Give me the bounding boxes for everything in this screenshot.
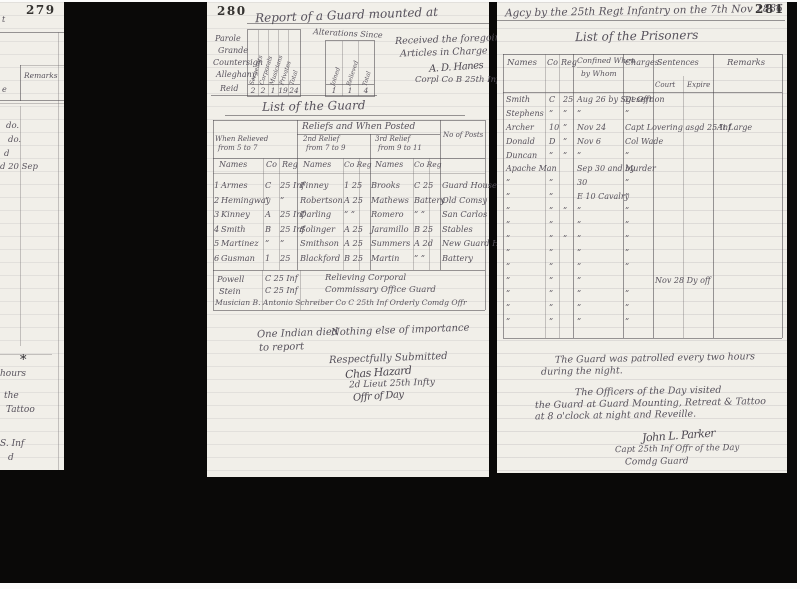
prisoner-confined: Nov 6 [577, 138, 601, 146]
prisoner-co: ” [549, 318, 553, 326]
prisoner-co: ” [549, 277, 553, 285]
subheader-reg: Reg [282, 161, 298, 169]
prisoner-name: ” [506, 290, 510, 298]
relief-header: 2nd Relief [303, 136, 339, 143]
prisoner-row: Apache Man Sep 30 and by Murder [503, 165, 783, 179]
rule-line [20, 65, 64, 66]
prisoner-header-sentences: Sentences [657, 59, 699, 67]
prisoner-name: ” [506, 193, 510, 201]
officer-rank: 2d Lieut 25th Infty [349, 379, 435, 391]
guard-co-reg-2: 1 25 [344, 181, 362, 189]
prisoner-reg: ” [563, 124, 567, 132]
guard-co-reg-2: ” ” [344, 210, 355, 218]
guard-remark: Battery [442, 254, 473, 262]
strength-value: 2 [248, 87, 258, 95]
guard-remark: Stables [442, 225, 473, 233]
prisoner-confined: ” [577, 221, 581, 229]
prisoner-header-names: Names [507, 59, 537, 68]
patrol-note-line: The Guard was patrolled every two hours [555, 352, 755, 365]
subheader-co-reg: Co Reg [414, 161, 442, 169]
guard-name-2: Blackford [300, 254, 340, 262]
page-number-280: 280 [217, 5, 247, 17]
officer-of-day-line: Offr of Day [353, 390, 404, 404]
guard-name-2: Smithson [300, 239, 339, 247]
prisoner-row: ” ” ” ” [503, 221, 783, 235]
officer-visit-line: The Officers of the Day visited [575, 386, 722, 398]
prisoner-row: ” ” ” ” [503, 249, 783, 263]
relief-header: from 9 to 11 [378, 145, 422, 152]
prisoner-reg: ” [563, 152, 567, 160]
prisoner-row: ” ” ” ” [503, 318, 783, 332]
text-fragment: d [8, 454, 14, 463]
microfilm-background: 279 t Remarks e do. do. d d 20 Sep * hou… [0, 2, 797, 583]
prisoner-reg: ” [563, 138, 567, 146]
prisoner-name: ” [506, 318, 510, 326]
subheader-names: Names [375, 161, 403, 169]
guard-co-1: ” [265, 196, 269, 204]
when-relieved-header: from 5 to 7 [218, 145, 257, 152]
patrol-note-line: during the night. [541, 366, 623, 377]
guard-co-reg-3: ” ” [414, 210, 425, 218]
row-number: 3 [214, 210, 219, 218]
prisoner-name: ” [506, 207, 510, 215]
detail-label: Grande [218, 47, 248, 55]
receipt-signature-title: Corpl Co B 25th Inf [415, 76, 499, 85]
table-rule [213, 270, 485, 271]
guard-co-1: A [265, 210, 271, 218]
prisoner-co: ” [549, 290, 553, 298]
prisoner-header-remarks: Remarks [727, 59, 765, 68]
prisoner-confined: ” [577, 110, 581, 118]
prisoner-header-co: Co [547, 59, 558, 67]
guard-co-1: 1 [265, 254, 270, 262]
alterations-title: Alterations Since [313, 28, 383, 40]
alterations-value: 1 [342, 87, 358, 95]
when-relieved-header: When Relieved [215, 136, 268, 143]
prisoner-charge: Desertion [625, 96, 665, 104]
prisoner-confined: ” [577, 290, 581, 298]
relief-header: 3rd Relief [375, 136, 410, 143]
prisoner-confined: ” [577, 263, 581, 271]
detail-label: Parole [215, 35, 241, 43]
prisoner-header-court: Court [655, 82, 675, 89]
text-fragment: hours [0, 370, 26, 379]
prisoner-name: ” [506, 221, 510, 229]
prisoner-co: C [549, 96, 555, 104]
prisoner-charge: ” [625, 221, 629, 229]
prisoner-row: ” ” 30 ” [503, 179, 783, 193]
note-line: to report [259, 342, 304, 354]
prisoner-reg: ” [563, 207, 567, 215]
text-fragment: the [4, 392, 19, 401]
prisoner-co: ” [549, 304, 553, 312]
guard-co-1: ” [265, 239, 269, 247]
guard-co-reg-3: A 2d [414, 239, 433, 247]
table-rule [213, 310, 485, 311]
margin-fragment: e [2, 86, 7, 94]
prisoner-header-reg: Reg [561, 59, 577, 67]
guard-co-reg-2: A 25 [344, 225, 363, 233]
guard-remark: San Carlos [442, 210, 487, 218]
prisoner-confined: ” [577, 152, 581, 160]
guard-name-1: Armes [221, 181, 248, 189]
prisoner-co: D [549, 138, 555, 146]
prisoner-co: ” [549, 179, 553, 187]
guard-list-title: List of the Guard [262, 99, 366, 113]
rule-line [0, 32, 64, 33]
prisoner-row: Donald D ” Nov 6 Col Wade [503, 138, 783, 152]
reliefs-banner: Reliefs and When Posted [302, 123, 415, 132]
guard-co-1: C [265, 181, 271, 189]
header-underline [497, 20, 785, 21]
special-duty-role: Relieving Corporal [325, 274, 406, 283]
prisoner-name: Apache Man [506, 165, 557, 173]
text-fragment: Tattoo [6, 406, 35, 415]
prisoner-charge: Murder [625, 165, 656, 173]
prisoner-name: ” [506, 249, 510, 257]
submitted-line: Respectfully Submitted [329, 352, 448, 366]
guard-name-2: Darling [300, 210, 331, 218]
prisoner-co: ” [549, 249, 553, 257]
prisoner-charge: Capt Lovering asgd 25 Inf [625, 124, 731, 132]
guard-name-1: Smith [221, 225, 246, 233]
officer-visit-line: at 8 o'clock at night and Reveille. [535, 410, 696, 422]
strength-value: 19 [278, 87, 288, 95]
guard-co-1: B [265, 225, 271, 233]
prisoner-charge: ” [625, 235, 629, 243]
guard-co-reg-3: Battery [414, 196, 445, 204]
prisoner-name: ” [506, 277, 510, 285]
rule-line [20, 65, 21, 101]
row-number: 5 [214, 239, 219, 247]
text-fragment: S. Inf [0, 440, 24, 449]
page-number-279: 279 [26, 4, 56, 16]
row-number: 1 [214, 181, 219, 189]
prisoner-co: ” [549, 221, 553, 229]
strength-value: 24 [288, 87, 300, 95]
subheader-names: Names [303, 161, 331, 169]
subheader-names: Names [219, 161, 247, 169]
guard-name-3: Jaramillo [371, 225, 409, 233]
prisoner-name: Donald [506, 138, 535, 146]
prisoner-row: Smith C 25 Aug 26 by Sgt Offr Desertion [503, 96, 783, 110]
strength-columns-box: Sergeants Corporals Musicians Privates T… [247, 29, 301, 97]
guard-name-1: Martinez [221, 239, 259, 247]
remarks-column-header: Remarks [24, 72, 58, 80]
special-duty-name: Stein [219, 287, 241, 295]
guard-name-3: Summers [371, 239, 410, 247]
scanned-ledger-spread: { "palette": {"film":"#0a0908","paper":"… [0, 0, 800, 589]
alterations-box: Joined Relieved Total 1 1 4 [325, 40, 375, 97]
prisoner-co: ” [549, 152, 553, 160]
prisoner-row: ” ” ” ” [503, 263, 783, 277]
alterations-value: 4 [358, 87, 374, 95]
rule-line [0, 100, 64, 101]
guard-name-3: Brooks [371, 181, 400, 189]
guard-name-2: Solinger [300, 225, 335, 233]
title-underline [225, 115, 465, 116]
prisoner-confined: ” [577, 304, 581, 312]
guard-name-1: Hemingway [221, 196, 270, 204]
guard-co-reg-2: A 25 [344, 239, 363, 247]
prisoner-confined: ” [577, 207, 581, 215]
note-line: One Indian died [257, 328, 339, 341]
prisoner-charge: ” [625, 304, 629, 312]
guard-co-reg-3: C 25 [414, 181, 433, 189]
prisoner-reg: ” [563, 235, 567, 243]
prisoner-charge: ” [625, 290, 629, 298]
rule-line [577, 67, 623, 68]
prisoner-row: ” ” ” Nov 28 Dy off [503, 277, 783, 291]
rule-line [211, 95, 377, 96]
prisoner-row: Duncan ” ” ” ” [503, 152, 783, 166]
prisoner-charge: ” [625, 179, 629, 187]
guard-remark: Old Comsy [442, 196, 487, 204]
prisoner-row: ” ” ” ” ” [503, 207, 783, 221]
prisoner-charge: ” [625, 207, 629, 215]
special-duty-unit: C 25 Inf [265, 287, 298, 295]
prisoner-co: ” [549, 235, 553, 243]
report-header-script-continued: Agcy by the 25th Regt Infantry on the 7t… [505, 4, 783, 19]
guard-co-reg-3: ” ” [414, 254, 425, 262]
prisoner-reg: ” [563, 110, 567, 118]
receipt-line: Received the foregoing [395, 33, 507, 46]
prisoner-charge: ” [625, 318, 629, 326]
header-underline [247, 23, 489, 24]
prisoner-charge: ” [625, 193, 629, 201]
page-279: 279 t Remarks e do. do. d d 20 Sep * hou… [0, 2, 64, 470]
table-rule [503, 338, 782, 339]
rule-line [0, 103, 64, 104]
prisoner-name: Duncan [506, 152, 537, 160]
guard-roster-rows: 1 Armes C 25 Inf Finney 1 25 Brooks C 25… [213, 181, 485, 269]
guard-co-reg-2: A 25 [344, 196, 363, 204]
prisoner-confined: ” [577, 277, 581, 285]
strength-value: 2 [258, 87, 268, 95]
prisoner-co: ” [549, 263, 553, 271]
guard-reg-1: 25 [280, 254, 290, 262]
ink-blot: * [20, 354, 27, 367]
prisoner-name: ” [506, 263, 510, 271]
prisoner-name: ” [506, 179, 510, 187]
date-fragment: d 20 Sep [0, 163, 38, 172]
table-rule [213, 158, 485, 159]
rule-line [20, 106, 21, 346]
rule-line [58, 32, 59, 470]
prisoner-charge: Col Wade [625, 138, 663, 146]
row-number: 4 [214, 225, 219, 233]
guard-co-reg-3: B 25 [414, 225, 433, 233]
row-number: 2 [214, 196, 219, 204]
prisoner-charge: ” [625, 249, 629, 257]
subheader-co: Co [266, 161, 277, 169]
alterations-value: 1 [326, 87, 342, 95]
prisoner-charge: ” [625, 152, 629, 160]
strength-value: 1 [268, 87, 278, 95]
guard-name-1: Gusman [221, 254, 255, 262]
prisoner-header-bywhom: by Whom [581, 70, 617, 78]
page-280: 280 Report of a Guard mounted at Parole … [207, 2, 489, 477]
prisoner-remark: At Large [717, 124, 752, 132]
guard-name-2: Robertson [300, 196, 343, 204]
guard-name-3: Mathews [371, 196, 409, 204]
prisoner-name: Smith [506, 96, 530, 104]
prisoner-confined: ” [577, 318, 581, 326]
guard-row: 4 Smith B 25 Inf Solinger A 25 Jaramillo… [213, 225, 485, 240]
prisoner-row: ” ” ” ” [503, 290, 783, 304]
prisoner-confined: ” [577, 249, 581, 257]
ditto-fragment: do. [6, 122, 19, 131]
prisoner-confined: E 10 Cavalry [577, 193, 629, 201]
prisoner-name: ” [506, 235, 510, 243]
prisoners-list-title: List of the Prisoners [575, 29, 699, 43]
relief-header: from 7 to 9 [306, 145, 345, 152]
guard-name-3: Romero [371, 210, 404, 218]
receipt-signature: A. D. Hanes [429, 61, 484, 75]
guard-row: 3 Kinney A 25 Inf Darling ” ” Romero ” ”… [213, 210, 485, 225]
table-rule [213, 120, 485, 121]
prisoner-court: Nov 28 Dy off [655, 277, 711, 285]
prisoner-reg: 25 [563, 96, 573, 104]
receipt-line: Articles in Charge [400, 46, 488, 59]
margin-fragment: t [2, 16, 5, 24]
special-duty-role: Commissary Office Guard [325, 286, 436, 295]
guard-name-3: Martin [371, 254, 399, 262]
prisoner-header-expire: Expire [687, 82, 710, 89]
prisoner-confined: 30 [577, 179, 587, 187]
commander-signature: John L. Parker [642, 427, 716, 443]
special-duty-unit: C 25 Inf [265, 275, 298, 283]
prisoner-name: Stephens [506, 110, 544, 118]
prisoner-name: ” [506, 304, 510, 312]
prisoner-charge: ” [625, 110, 629, 118]
prisoner-row: ” ” ” ” [503, 304, 783, 318]
commander-role: Comdg Guard [625, 457, 689, 467]
prisoner-rows: Smith C 25 Aug 26 by Sgt Offr Desertion … [503, 96, 783, 332]
musician-orderly-line: Musician B. Antonio Schreiber Co C 25th … [215, 299, 467, 307]
report-header-script: Report of a Guard mounted at [255, 6, 438, 24]
guard-row: 5 Martinez ” ” Smithson A 25 Summers A 2… [213, 239, 485, 254]
prisoner-row: ” ” ” ” ” [503, 235, 783, 249]
guard-reg-1: ” [280, 196, 284, 204]
special-duty-name: Powell [217, 275, 244, 283]
prisoner-confined: Nov 24 [577, 124, 606, 132]
prisoner-row: Stephens ” ” ” ” [503, 110, 783, 124]
prisoner-co: ” [549, 193, 553, 201]
prisoner-co: ” [549, 110, 553, 118]
guard-reg-1: ” [280, 239, 284, 247]
guard-remark: Guard House [442, 181, 497, 189]
prisoner-name: Archer [506, 124, 534, 132]
subheader-co-reg: Co Reg [344, 161, 372, 169]
row-number: 6 [214, 254, 219, 262]
table-rule [213, 173, 485, 174]
note-line: Nothing else of importance [331, 324, 470, 339]
guard-name-1: Kinney [221, 210, 250, 218]
ditto-fragment: d [4, 150, 9, 159]
commander-rank: Capt 25th Inf Offr of the Day [615, 444, 739, 455]
guard-name-2: Finney [300, 181, 328, 189]
detail-label: Reid [220, 85, 238, 93]
guard-row: 1 Armes C 25 Inf Finney 1 25 Brooks C 25… [213, 181, 485, 196]
prisoner-charge: ” [625, 263, 629, 271]
guard-row: 2 Hemingway ” ” Robertson A 25 Mathews B… [213, 196, 485, 211]
guard-co-reg-2: B 25 [344, 254, 363, 262]
page-281: 281 Agcy by the 25th Regt Infantry on th… [497, 2, 787, 473]
prisoner-confined: ” [577, 235, 581, 243]
prisoner-co: 10 [549, 124, 559, 132]
prisoner-row: ” ” E 10 Cavalry ” [503, 193, 783, 207]
prisoner-co: ” [549, 207, 553, 215]
prisoner-row: Archer 10 ” Nov 24 Capt Lovering asgd 25… [503, 124, 783, 138]
guard-row: 6 Gusman 1 25 Blackford B 25 Martin ” ” … [213, 254, 485, 269]
posts-header: No of Posts [443, 132, 483, 139]
